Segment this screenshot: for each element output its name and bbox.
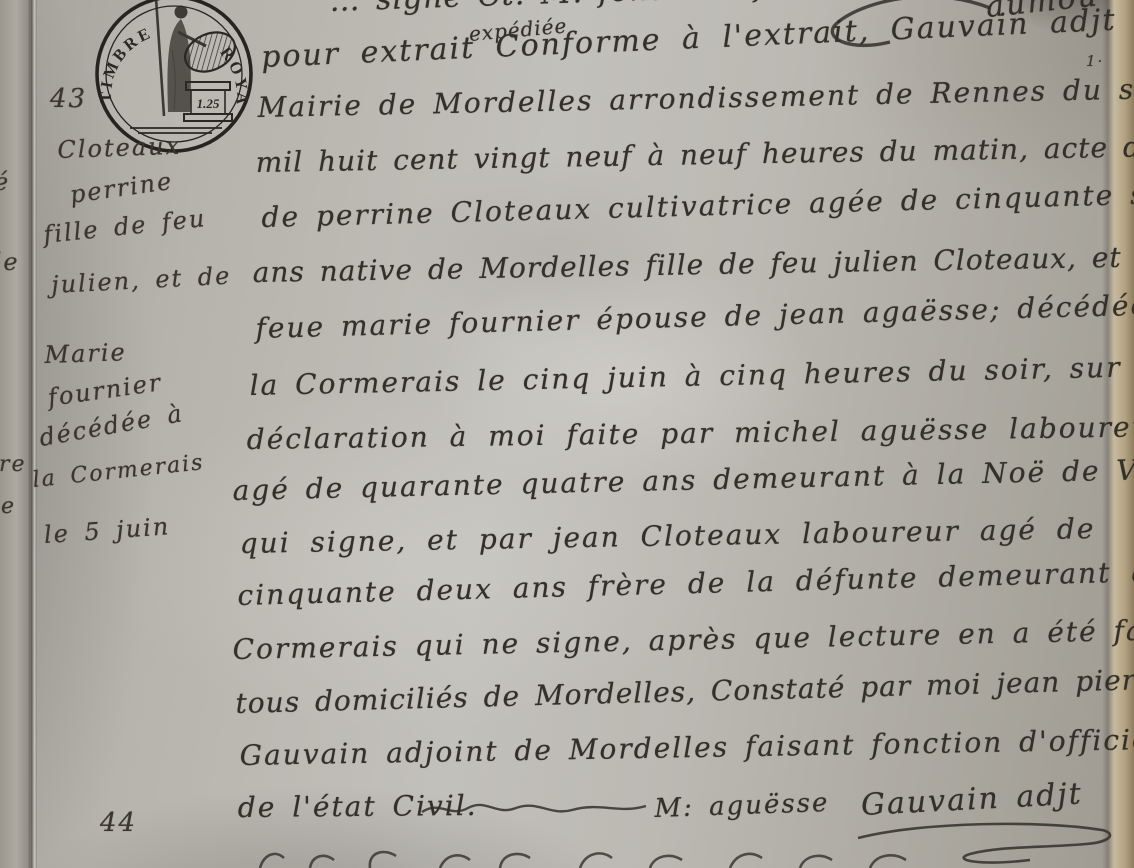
- edge-fragment: ère: [0, 452, 27, 477]
- act-body-line: qui signe, et par jean Cloteaux laboureu…: [239, 513, 1095, 560]
- closing-flourish: [420, 796, 650, 822]
- edge-fragment: é: [0, 168, 10, 196]
- next-act-number: 44: [100, 808, 137, 838]
- margin-note: le 5 juin: [43, 512, 171, 549]
- stamp-value: 1.25: [197, 96, 220, 111]
- act-body-line: Mairie de Mordelles arrondissement de Re…: [257, 71, 1134, 124]
- signature-gauvain: Gauvain adjt: [860, 776, 1083, 823]
- margin-note: Marie: [44, 338, 127, 369]
- edge-fragment: de: [0, 248, 20, 276]
- act-body-line: déclaration à moi faite par michel aguës…: [247, 411, 1134, 456]
- act-body-line: ans native de Mordelles fille de feu jul…: [252, 241, 1134, 289]
- margin-note: la Cormerais: [31, 450, 205, 493]
- margin-note: fille de feu: [42, 204, 208, 249]
- margin-note: perrine: [68, 167, 175, 209]
- act-body-line: tous domiciliés de Mordelles, Constaté p…: [235, 664, 1134, 721]
- edge-fragment: le: [0, 494, 16, 519]
- act-body-line: Gauvain adjoint de Mordelles faisant fon…: [239, 724, 1134, 772]
- act-body-line: Cormerais qui ne signe, après que lectur…: [232, 614, 1134, 666]
- act-body-line: cinquante deux ans frère de la défunte d…: [237, 555, 1134, 612]
- previous-page-edge: [0, 0, 30, 868]
- margin-note: julien, et de: [51, 262, 232, 299]
- act-body-line: feue marie fournier épouse de jean agaës…: [255, 289, 1134, 345]
- act-number: 43: [50, 84, 87, 114]
- edge-fragment: 1·: [1086, 52, 1104, 70]
- act-body-line: la Cormerais le cinq juin à cinq heures …: [249, 351, 1134, 402]
- signature-aguesse: M: aguësse: [654, 788, 830, 824]
- next-act-cut-line: [250, 844, 950, 868]
- margin-note: Cloteaux: [57, 132, 182, 164]
- register-page: é de ère le 1· TIMBRE ROYAL: [0, 0, 1134, 868]
- binding-fold: [28, 0, 37, 868]
- act-body-line: de perrine Cloteaux cultivatrice agée de…: [261, 177, 1134, 234]
- act-body-line: mil huit cent vingt neuf à neuf heures d…: [255, 129, 1134, 179]
- act-body-line: agé de quarante quatre ans demeurant à l…: [232, 453, 1134, 507]
